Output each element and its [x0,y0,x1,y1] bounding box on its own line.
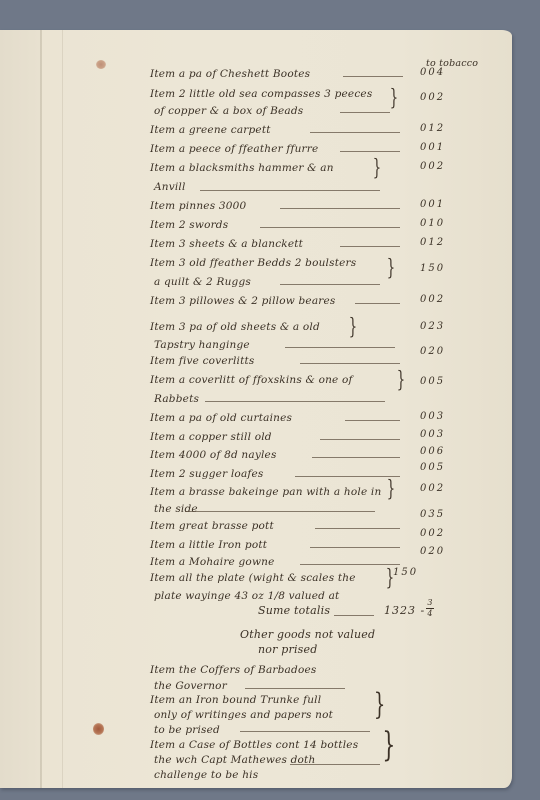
unvalued-entry-line: Item the Coffers of Barbadoes [150,662,316,678]
entry-value: 004 [420,67,460,78]
manuscript-page: to tobacco Item a pa of Cheshett Bootes … [0,30,512,788]
entry-line: Item all the plate (wight & scales the [150,570,356,586]
dash-rule [312,457,400,458]
dash-rule [290,764,380,765]
entry-text: only of writinges and papers not [150,709,333,721]
dash-rule [343,76,403,77]
entry-text: Item a pa of Cheshett Bootes [150,68,310,80]
dash-rule [205,401,385,402]
entry-value: 002 [420,92,460,103]
entry-text: Item 2 little old sea compasses 3 peeces [150,88,372,100]
entry-text: Item a Case of Bottles cont 14 bottles [150,739,358,751]
entry-text: Item a Mohaire gowne [150,556,275,568]
entry-text: Item 3 old ffeather Bedds 2 boulsters [150,257,356,269]
entry-text: of copper & a box of Beads [150,105,303,117]
entry-value: 002 [420,483,460,494]
brace-glyph: } [373,158,381,180]
entry-value: 035 [420,509,460,520]
entry-text: Item 3 sheets & a blanckett [150,238,303,250]
dash-rule [280,284,380,285]
unvalued-entry-line: Item a Case of Bottles cont 14 bottles [150,737,358,753]
summa-fraction: 3 4 [426,599,434,618]
entry-text: challenge to be his [150,769,258,781]
unvalued-entry-line: to be prised [150,722,220,738]
entry-line: Item 3 old ffeather Bedds 2 boulsters [150,255,356,271]
entry-line: Item 2 sugger loafes [150,466,264,482]
entry-value: 001 [420,142,460,153]
entry-line: Item a coverlitt of ffoxskins & one of [150,372,353,388]
entry-text: Item five coverlitts [150,355,255,367]
entry-value: 003 [420,429,460,440]
entry-value: 010 [420,218,460,229]
entry-text: the side [150,503,198,515]
entry-line: Item 2 little old sea compasses 3 peeces [150,86,372,102]
dash-rule [300,564,400,565]
entry-line: Rabbets [150,391,199,407]
entry-text: Item a brasse bakeinge pan with a hole i… [150,486,381,498]
entry-line: Item 3 sheets & a blanckett [150,236,303,252]
entry-line: of copper & a box of Beads [150,103,303,119]
dash-rule [260,227,400,228]
entry-line: Item five coverlitts [150,353,255,369]
unvalued-heading: Other goods not valued [240,628,375,641]
brace-glyph: } [390,88,398,110]
entry-text: the Governor [150,680,227,692]
entry-text: Item an Iron bound Trunke full [150,694,321,706]
brace-glyph: } [349,317,357,339]
entry-line: Item a pa of Cheshett Bootes [150,66,310,82]
dash-rule [345,420,400,421]
unvalued-entry-line: challenge to be his [150,767,258,783]
entry-value: 020 [420,346,460,357]
entry-text: Item 4000 of 8d nayles [150,449,277,461]
dash-rule [280,208,400,209]
brace-glyph: } [374,694,385,716]
entry-line: Item a Mohaire gowne [150,554,275,570]
entry-line: Item 4000 of 8d nayles [150,447,277,463]
entry-line: Item great brasse pott [150,518,274,534]
entry-line: Item pinnes 3000 [150,198,246,214]
entry-text: Item a peece of ffeather ffurre [150,143,318,155]
entry-text: Item a little Iron pott [150,539,267,551]
dash-rule [340,151,400,152]
entry-line: Item a pa of old curtaines [150,410,292,426]
dash-rule [295,476,400,477]
summa-amount: 1323 - [384,604,425,617]
dash-rule [340,246,400,247]
dash-rule [200,190,380,191]
dash-rule [315,528,400,529]
entry-text: Item pinnes 3000 [150,200,246,212]
entry-text: to be prised [150,724,220,736]
entry-line: Item 2 swords [150,217,228,233]
dash-rule [310,132,400,133]
unvalued-entry-line: the wch Capt Mathewes doth [150,752,315,768]
entry-line: plate wayinge 43 oz 1/8 valued at [150,588,339,604]
entry-value: 012 [420,123,460,134]
entry-text: plate wayinge 43 oz 1/8 valued at [150,590,339,602]
brace-glyph: } [382,734,395,756]
entry-value: 150 [420,263,460,274]
unvalued-entry-line: Item an Iron bound Trunke full [150,692,321,708]
dash-rule [245,688,345,689]
entry-text: Item 2 sugger loafes [150,468,264,480]
dash-rule [240,731,370,732]
entry-text: Item a coverlitt of ffoxskins & one of [150,374,353,386]
entry-line: Item 3 pillowes & 2 pillow beares [150,293,336,309]
entry-value: 150 [393,567,433,578]
entry-line: Item a blacksmiths hammer & an [150,160,334,176]
entry-text: Item a copper still old [150,431,272,443]
entry-line: Item a brasse bakeinge pan with a hole i… [150,484,381,500]
entry-value: 005 [420,462,460,473]
entry-text: Item the Coffers of Barbadoes [150,664,316,676]
brace-glyph: } [397,370,405,392]
entry-value: 002 [420,161,460,172]
entry-value: 003 [420,411,460,422]
entry-text: Item a pa of old curtaines [150,412,292,424]
entry-value: 002 [420,294,460,305]
dash-rule [300,363,400,364]
entry-text: Rabbets [150,393,199,405]
entry-text: Item a greene carpett [150,124,271,136]
entry-text: a quilt & 2 Ruggs [150,276,251,288]
brace-glyph: } [387,258,395,280]
inventory-entries: Item a pa of Cheshett Bootes 004 Item 2 … [0,30,512,788]
entry-line: Tapstry hanginge [150,337,250,353]
dash-rule [334,615,374,616]
entry-line: Item a little Iron pott [150,537,267,553]
entry-line: Item 3 pa of old sheets & a old [150,319,320,335]
entry-line: Item a copper still old [150,429,272,445]
entry-value: 006 [420,446,460,457]
entry-text: Anvill [150,181,186,193]
entry-text: Item 3 pa of old sheets & a old [150,321,320,333]
dash-rule [285,347,395,348]
entry-text: Item 3 pillowes & 2 pillow beares [150,295,336,307]
unvalued-entry-line: only of writinges and papers not [150,707,333,723]
entry-text: Item a blacksmiths hammer & an [150,162,334,174]
dash-rule [355,303,400,304]
entry-text: Item great brasse pott [150,520,274,532]
entry-line: Item a greene carpett [150,122,271,138]
entry-text: Item all the plate (wight & scales the [150,572,356,584]
dash-rule [320,439,400,440]
fraction-numerator: 3 [427,598,432,607]
entry-line: Anvill [150,179,186,195]
summa-label: Sume totalis [258,604,330,617]
entry-line: the side [150,501,198,517]
unvalued-heading-line2: nor prised [258,643,317,656]
entry-value: 012 [420,237,460,248]
brace-glyph: } [387,479,395,501]
entry-line: a quilt & 2 Ruggs [150,274,251,290]
fraction-denominator: 4 [427,609,432,618]
entry-value: 005 [420,376,460,387]
entry-line: Item a peece of ffeather ffurre [150,141,318,157]
dash-rule [185,511,375,512]
entry-value: 002 [420,528,460,539]
entry-value: 001 [420,199,460,210]
dash-rule [310,547,400,548]
entry-value: 023 [420,321,460,332]
entry-text: Tapstry hanginge [150,339,250,351]
entry-text: Item 2 swords [150,219,228,231]
dash-rule [340,112,390,113]
entry-value: 020 [420,546,460,557]
